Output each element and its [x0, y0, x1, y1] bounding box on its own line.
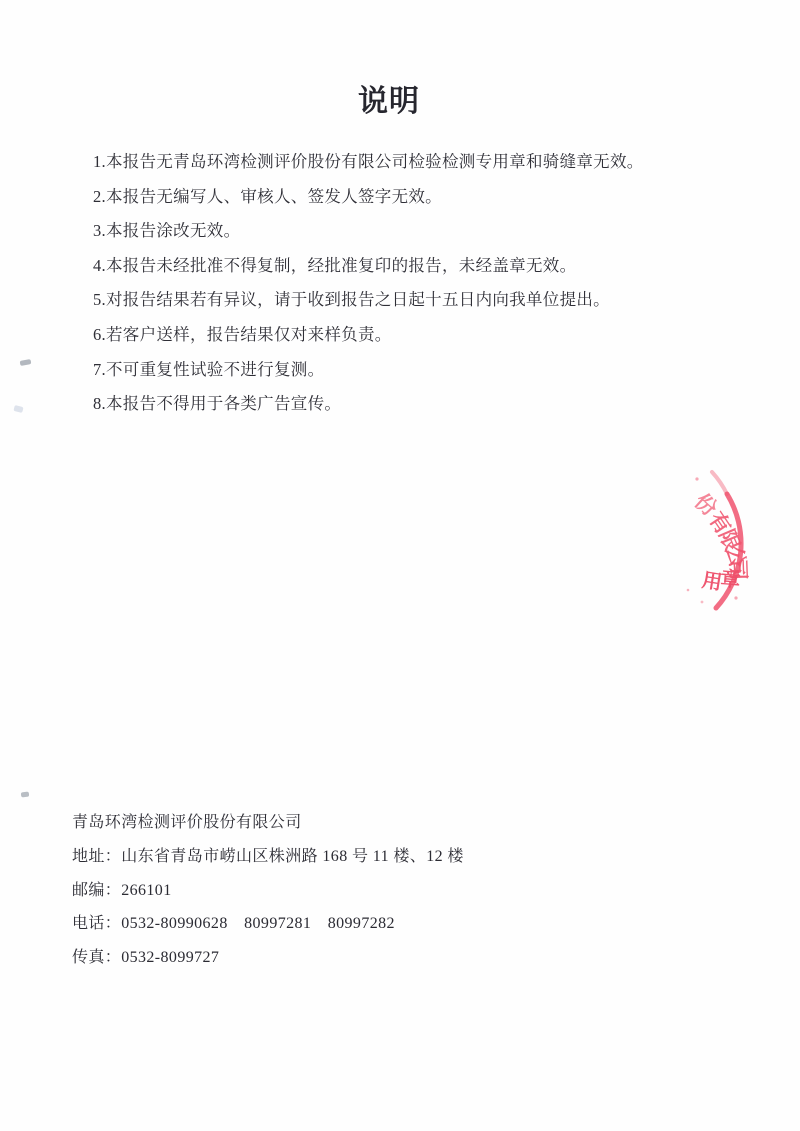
note-item-8: 8.本报告不得用于各类广告宣传。 [93, 387, 750, 422]
note-item-1: 1.本报告无青岛环湾检测评价股份有限公司检验检测专用章和骑缝章无效。 [93, 145, 750, 180]
footer-contact-block: 青岛环湾检测评价股份有限公司 地址：山东省青岛市崂山区株洲路 168 号 11 … [72, 806, 464, 975]
seal-speckle [687, 589, 690, 592]
seal-char: 公 [722, 544, 750, 570]
phone-line: 电话：0532-80990628 80997281 80997282 [72, 907, 464, 941]
seal-char: 份 [690, 489, 722, 521]
note-item-7: 7.不可重复性试验不进行复测。 [93, 353, 750, 388]
postcode-line: 邮编：266101 [72, 874, 464, 908]
note-item-6: 6.若客户送样，报告结果仅对来样负责。 [93, 318, 750, 353]
seal-speckle [701, 601, 704, 604]
note-item-5: 5.对报告结果若有异议，请于收到报告之日起十五日内向我单位提出。 [93, 283, 750, 318]
notes-list: 1.本报告无青岛环湾检测评价股份有限公司检验检测专用章和骑缝章无效。 2.本报告… [93, 145, 750, 422]
company-seal-stamp-icon: 份 有 限 公 司 用 章 [640, 440, 800, 640]
address-line: 地址：山东省青岛市崂山区株洲路 168 号 11 楼、12 楼 [72, 840, 464, 874]
scan-artifact-smudge [13, 405, 23, 413]
seal-arc [716, 494, 741, 608]
seal-char: 章 [720, 566, 742, 592]
scan-artifact-dash [21, 792, 29, 798]
seal-char: 有 [704, 508, 736, 539]
note-item-3: 3.本报告涂改无效。 [93, 214, 750, 249]
seal-speckle [695, 477, 698, 480]
company-name: 青岛环湾检测评价股份有限公司 [72, 806, 464, 840]
seal-speckle [734, 596, 737, 599]
seal-char: 限 [714, 526, 744, 555]
scan-artifact-dash [20, 359, 32, 366]
fax-line: 传真：0532-8099727 [72, 941, 464, 975]
page-title: 说明 [0, 76, 789, 120]
seal-char: 用 [700, 569, 723, 595]
report-notes-page: 说明 1.本报告无青岛环湾检测评价股份有限公司检验检测专用章和骑缝章无效。 2.… [0, 0, 800, 1131]
note-item-4: 4.本报告未经批准不得复制，经批准复印的报告，未经盖章无效。 [93, 249, 750, 284]
note-item-2: 2.本报告无编写人、审核人、签发人签字无效。 [93, 180, 750, 215]
seal-arc-faint [712, 472, 727, 494]
seal-char: 司 [726, 559, 751, 581]
